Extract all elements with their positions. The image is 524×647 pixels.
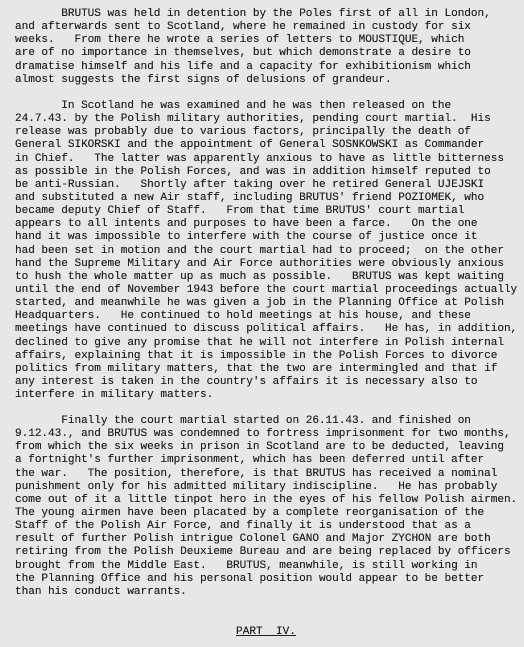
text-line: declined to give any promise that he wil… bbox=[15, 337, 517, 350]
text-line: Headquarters. He continued to hold meeti… bbox=[15, 310, 517, 323]
text-line: the Planning Office and his personal pos… bbox=[15, 573, 517, 586]
text-line: from which the six weeks in prison in Sc… bbox=[15, 441, 517, 454]
text-line: In Scotland he was examined and he was t… bbox=[15, 100, 517, 113]
text-line: almost suggests the first signs of delus… bbox=[15, 74, 491, 87]
text-line: the war. The position, therefore, is tha… bbox=[15, 468, 517, 481]
text-line: affairs, explaining that it is impossibl… bbox=[15, 350, 517, 363]
text-line: General SIKORSKI and the appointment of … bbox=[15, 139, 517, 152]
text-line: be anti-Russian. Shortly after taking ov… bbox=[15, 179, 517, 192]
paragraph-scotland-release: In Scotland he was examined and he was t… bbox=[15, 100, 517, 402]
text-line: The young airmen have been placated by a… bbox=[15, 507, 517, 520]
text-line: to hush the whole matter up as much as p… bbox=[15, 271, 517, 284]
paragraph-brutus-detention: BRUTUS was held in detention by the Pole… bbox=[15, 8, 491, 87]
text-line: and substituted a new Air staff, includi… bbox=[15, 192, 517, 205]
text-line: dramatise himself and his life and a cap… bbox=[15, 61, 491, 74]
text-line: than his conduct warrants. bbox=[15, 586, 517, 599]
text-line: as possible in the Polish Forces, and wa… bbox=[15, 166, 517, 179]
paragraph-court-martial-outcome: Finally the court martial started on 26.… bbox=[15, 415, 517, 599]
text-line: brought from the Middle East. BRUTUS, me… bbox=[15, 560, 517, 573]
text-line: appears to all intents and purposes to h… bbox=[15, 218, 517, 231]
text-line: a fortnight's further imprisonment, whic… bbox=[15, 454, 517, 467]
text-line: punishment only for his admitted militar… bbox=[15, 481, 517, 494]
text-line: meetings have continued to discuss polit… bbox=[15, 323, 517, 336]
text-line: and afterwards sent to Scotland, where h… bbox=[15, 21, 491, 34]
section-heading-part-iv: PART IV. bbox=[0, 626, 524, 639]
text-line: hand it was impossible to interfere with… bbox=[15, 231, 517, 244]
text-line: 24.7.43. by the Polish military authorit… bbox=[15, 113, 517, 126]
text-line: Finally the court martial started on 26.… bbox=[15, 415, 517, 428]
text-line: started, and meanwhile he was given a jo… bbox=[15, 297, 517, 310]
text-line: politics from military matters, that the… bbox=[15, 363, 517, 376]
text-line: are of no importance in themselves, but … bbox=[15, 47, 491, 60]
text-line: weeks. From there he wrote a series of l… bbox=[15, 34, 491, 47]
text-line: BRUTUS was held in detention by the Pole… bbox=[15, 8, 491, 21]
text-line: became deputy Chief of Staff. From that … bbox=[15, 205, 517, 218]
text-line: hand the Supreme Military and Air Force … bbox=[15, 258, 517, 271]
text-line: had been set in motion and the court mar… bbox=[15, 245, 517, 258]
text-line: 9.12.43., and BRUTUS was condemned to fo… bbox=[15, 428, 517, 441]
text-line: Staff of the Polish Air Force, and final… bbox=[15, 520, 517, 533]
text-line: release was probably due to various fact… bbox=[15, 126, 517, 139]
text-line: result of further Polish intrigue Colone… bbox=[15, 533, 517, 546]
text-line: come out of it a little tinpot hero in t… bbox=[15, 494, 517, 507]
text-line: retiring from the Polish Deuxieme Bureau… bbox=[15, 546, 517, 559]
text-line: in Chief. The latter was apparently anxi… bbox=[15, 153, 517, 166]
text-line: interfere in military matters. bbox=[15, 389, 517, 402]
text-line: any interest is taken in the country's a… bbox=[15, 376, 517, 389]
document-page: BRUTUS was held in detention by the Pole… bbox=[0, 0, 524, 647]
text-line: until the end of November 1943 before th… bbox=[15, 284, 517, 297]
